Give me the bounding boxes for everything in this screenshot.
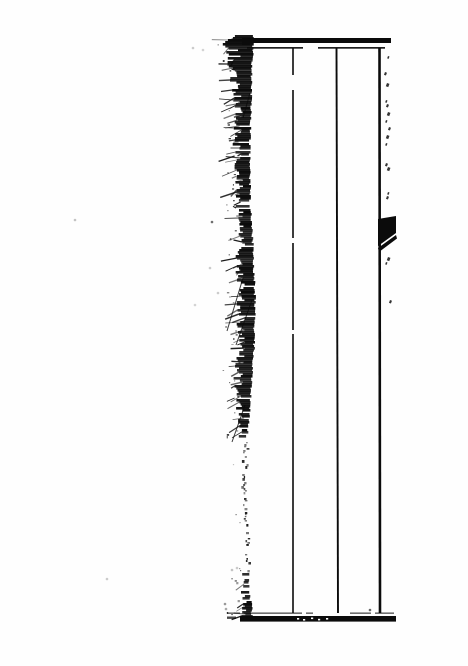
- band-segment: [241, 153, 249, 156]
- band-dot: [245, 490, 246, 492]
- band-segment: [235, 139, 250, 142]
- band-dot: [246, 524, 248, 527]
- band-dot: [245, 456, 247, 458]
- faint-speck: [225, 608, 228, 611]
- band-fleck: [218, 44, 220, 46]
- band-dot: [242, 460, 245, 463]
- band-dot: [241, 486, 244, 489]
- band-fleck: [227, 172, 228, 174]
- band-fleck: [233, 338, 234, 340]
- band-segment: [242, 573, 249, 576]
- band-fleck: [227, 434, 229, 436]
- band-fleck: [230, 70, 232, 72]
- faint-speck: [209, 267, 212, 270]
- faint-speck: [106, 578, 109, 581]
- band-dot: [246, 544, 249, 546]
- band-fleck: [223, 370, 225, 371]
- band-dot: [244, 492, 246, 494]
- band-hair: [237, 278, 242, 279]
- band-segment: [243, 585, 249, 588]
- band-segment: [236, 205, 250, 208]
- band-fleck: [226, 204, 227, 206]
- band-segment: [245, 283, 255, 286]
- band-dot: [242, 474, 245, 476]
- band-fleck: [227, 292, 229, 293]
- band-hair: [231, 348, 245, 349]
- bottom-bar-white-speck: [311, 618, 313, 620]
- band-fleck: [227, 612, 228, 614]
- band-fleck: [231, 578, 232, 579]
- bottom-bar-white-speck: [297, 618, 299, 620]
- band-dot: [247, 570, 249, 572]
- band-fleck: [233, 200, 235, 201]
- band-dot: [244, 476, 245, 478]
- band-fleck: [234, 380, 235, 382]
- band-fleck: [227, 436, 228, 438]
- band-dot: [246, 532, 249, 534]
- band-segment: [241, 591, 249, 594]
- band-segment: [245, 243, 254, 246]
- band-dot: [242, 478, 245, 481]
- band-dot: [244, 498, 247, 500]
- band-fleck: [234, 412, 235, 414]
- band-segment: [244, 581, 249, 584]
- faint-speck: [74, 219, 77, 222]
- band-dot: [246, 560, 248, 562]
- bottom-bar-white-speck: [318, 619, 320, 621]
- band-fleck: [235, 230, 237, 232]
- frame-bottom-rule-segment: [375, 613, 394, 614]
- faint-speck: [369, 609, 372, 612]
- band-dot: [244, 488, 246, 490]
- faint-speck: [194, 304, 197, 307]
- band-segment: [236, 123, 250, 126]
- band-dot: [245, 500, 248, 501]
- band-hair: [232, 69, 235, 70]
- scanned-book-page: [0, 0, 468, 666]
- band-fleck: [231, 614, 233, 615]
- band-fleck: [240, 570, 241, 571]
- band-hair: [229, 140, 235, 141]
- band-fleck: [236, 514, 237, 515]
- bottom-bar-white-speck: [303, 619, 305, 621]
- band-dot: [245, 512, 247, 514]
- band-dot: [248, 562, 251, 565]
- band-dot: [244, 446, 246, 447]
- band-fleck: [229, 254, 230, 256]
- band-fleck: [237, 396, 239, 397]
- faint-speck: [231, 569, 234, 572]
- band-fleck: [239, 522, 240, 523]
- band-fleck: [231, 344, 233, 345]
- band-dot: [245, 508, 248, 510]
- band-dot: [246, 558, 248, 560]
- band-dot: [243, 504, 244, 506]
- band-fleck: [239, 568, 240, 569]
- band-fleck: [229, 296, 230, 298]
- band-fleck: [233, 302, 235, 303]
- band-dot: [245, 520, 247, 522]
- band-segment: [242, 431, 249, 434]
- band-hair: [219, 80, 230, 81]
- band-dot: [244, 518, 246, 520]
- band-dot: [245, 516, 247, 517]
- frame-bottom-rule-segment: [350, 613, 371, 614]
- band-dot: [247, 448, 250, 450]
- band-fleck: [233, 464, 234, 465]
- faint-speck: [192, 47, 195, 50]
- band-dot: [245, 554, 247, 555]
- band-dot: [244, 482, 246, 484]
- band-dot: [248, 538, 250, 539]
- band-fleck: [234, 174, 236, 175]
- band-dot: [246, 442, 248, 443]
- band-fleck: [230, 238, 232, 240]
- faint-speck: [217, 292, 220, 295]
- faint-speck: [211, 221, 214, 224]
- band-fleck: [229, 110, 230, 111]
- band-dot: [244, 444, 246, 446]
- column-line-3: [380, 48, 381, 613]
- faint-speck: [224, 603, 227, 606]
- band-segment: [240, 147, 251, 150]
- band-dot: [243, 484, 245, 486]
- band-fleck: [232, 188, 234, 190]
- band-dot: [247, 542, 250, 544]
- band-hair: [231, 361, 243, 362]
- band-fleck: [228, 124, 230, 126]
- page-scan-canvas: [0, 0, 468, 666]
- band-dot: [246, 540, 248, 542]
- band-dot: [243, 450, 245, 452]
- band-segment: [241, 395, 252, 398]
- band-fleck: [229, 138, 231, 139]
- band-fleck: [236, 334, 238, 336]
- faint-speck: [236, 567, 239, 570]
- frame-bottom-rule-segment: [306, 613, 313, 614]
- band-segment: [243, 597, 250, 600]
- band-segment: [239, 435, 246, 438]
- bottom-bar-white-speck: [326, 618, 328, 620]
- band-fleck: [235, 580, 237, 582]
- band-segment: [242, 415, 250, 418]
- band-hair: [229, 366, 235, 367]
- band-segment: [239, 425, 248, 428]
- band-dot: [245, 514, 246, 515]
- band-fleck: [229, 382, 230, 383]
- band-fleck: [227, 210, 228, 211]
- band-fleck: [233, 184, 234, 186]
- band-segment: [242, 615, 253, 618]
- band-segment: [239, 199, 249, 202]
- faint-speck: [202, 49, 205, 52]
- band-dot: [245, 466, 247, 469]
- band-fleck: [236, 330, 237, 332]
- band-dot: [243, 452, 244, 453]
- band-fleck: [238, 600, 240, 602]
- frame-top-rule-segment: [318, 47, 385, 49]
- frame-top-bar: [247, 38, 391, 43]
- band-fleck: [236, 582, 238, 584]
- band-fleck: [223, 60, 225, 62]
- band-fleck: [225, 326, 227, 328]
- frame-top-rule-segment: [247, 47, 303, 49]
